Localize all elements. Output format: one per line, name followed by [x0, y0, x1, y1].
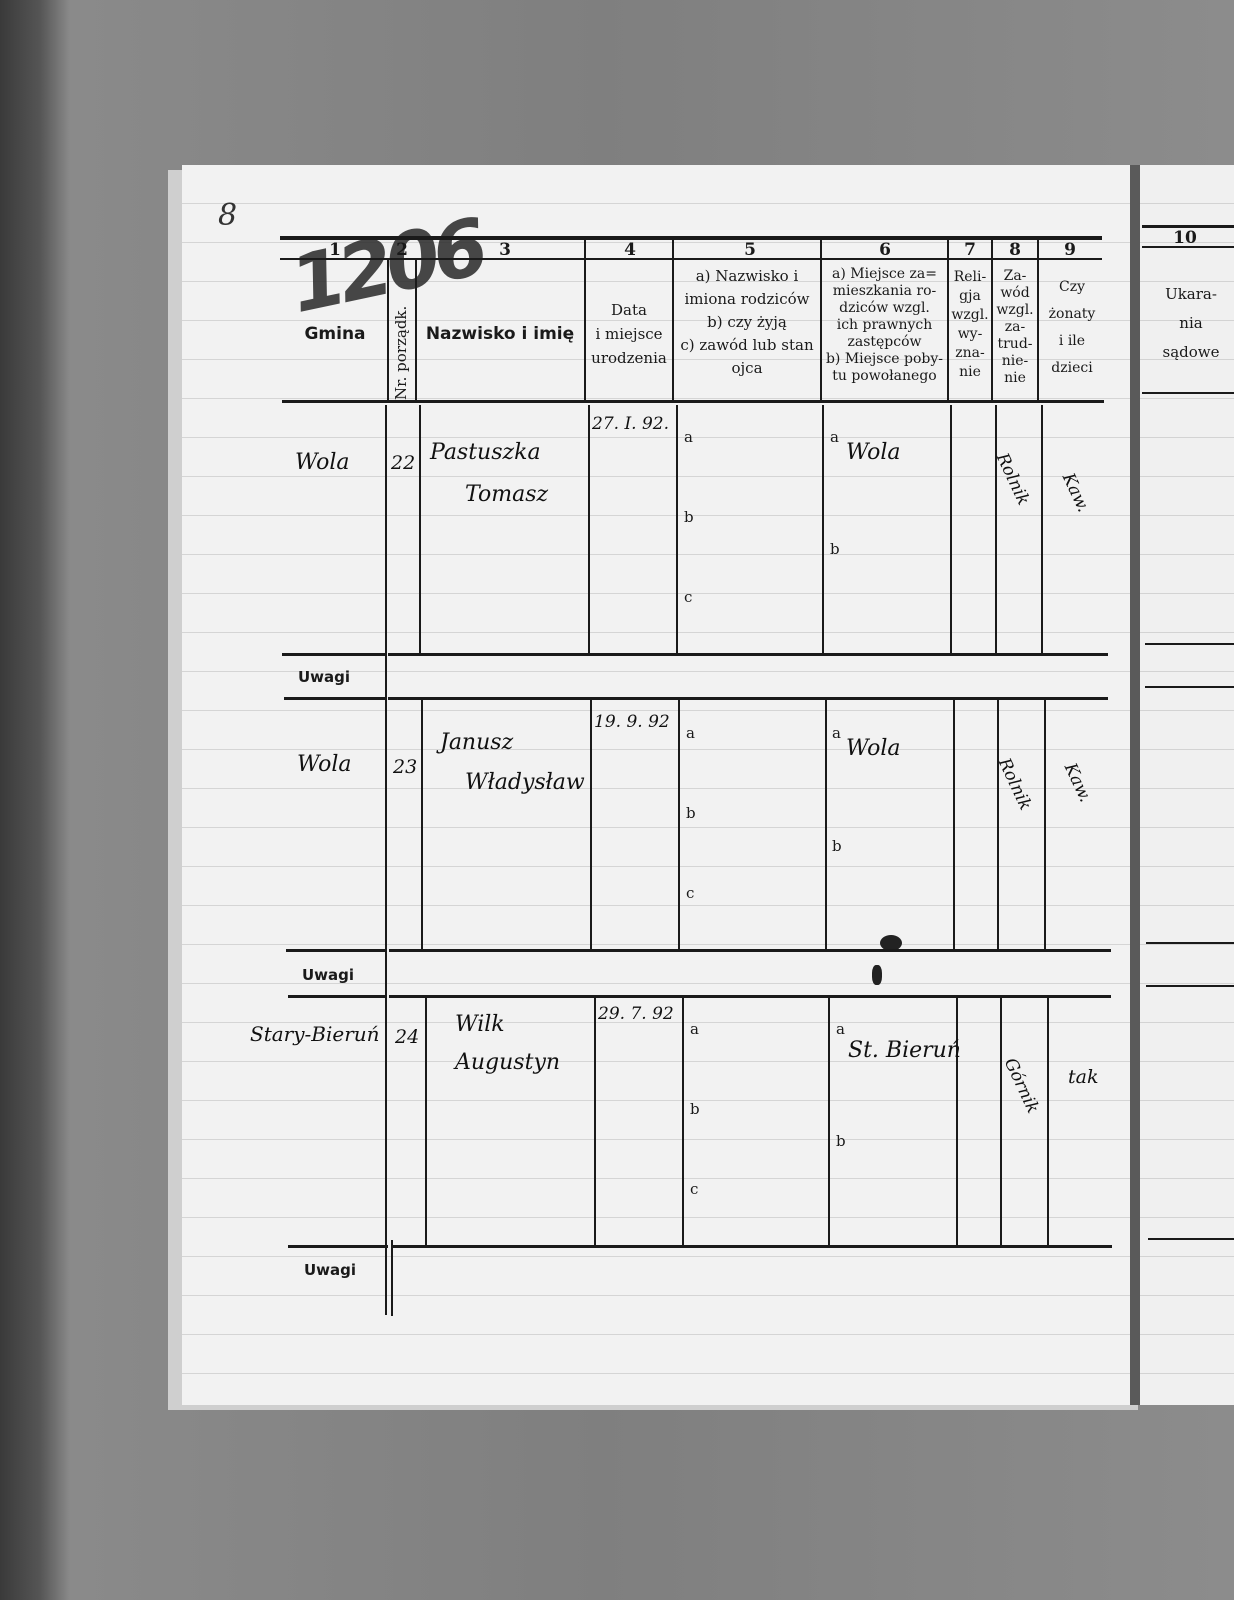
header-line: Za- — [993, 268, 1037, 285]
header-line: wy- — [949, 325, 991, 344]
uwagi-top-rule — [288, 1245, 388, 1248]
record-3-surname: Wilk — [455, 1012, 505, 1037]
record-1-gmina: Wola — [295, 450, 350, 475]
uwagi-bottom-rule — [388, 697, 1108, 700]
col-divider — [387, 258, 389, 401]
column-number-5: 5 — [735, 240, 765, 260]
record-3-label-c: c — [690, 1180, 698, 1198]
record-1-label-a: a — [684, 428, 693, 446]
header-nazwisko: Nazwisko i imię — [420, 325, 580, 344]
facing-rule — [1146, 985, 1234, 987]
record-3-married: tak — [1068, 1066, 1098, 1088]
column-number-2: 2 — [392, 240, 412, 260]
record-3-res-label-a: a — [836, 1020, 845, 1038]
facing-rule — [1148, 1238, 1234, 1240]
uwagi-bottom-rule — [389, 995, 1111, 998]
header-line: c) zawód lub stan — [674, 334, 820, 357]
header-line: ojca — [674, 357, 820, 380]
record-3-label-b: b — [690, 1100, 700, 1118]
facing-header-bottom-rule — [1142, 392, 1234, 394]
header-line: nie — [949, 363, 991, 382]
col-divider — [1044, 700, 1046, 950]
header-line: wód — [993, 285, 1037, 302]
header-line: zastępców — [822, 334, 947, 351]
col-divider — [950, 405, 952, 655]
record-3-birth-date: 29. 7. 92 — [598, 1004, 674, 1024]
col-divider — [588, 405, 590, 655]
header-parents: a) Nazwisko i imiona rodziców b) czy żyj… — [674, 265, 820, 380]
record-2-label-c: c — [686, 884, 694, 902]
col-divider — [419, 405, 421, 655]
record-2-residence: Wola — [846, 736, 901, 761]
record-1-residence: Wola — [846, 440, 901, 465]
col-divider — [825, 700, 827, 950]
header-line: wzgl. — [949, 306, 991, 325]
header-occupation: Za- wód wzgl. za- trud- nie- nie — [993, 268, 1037, 387]
col-divider — [415, 258, 417, 401]
uwagi-top-rule — [389, 949, 1111, 952]
record-1-birth-date: 27. I. 92. — [592, 414, 669, 434]
record-2-label-a: a — [686, 724, 695, 742]
uwagi-top-rule — [388, 653, 1108, 656]
header-line: za- — [993, 319, 1037, 336]
header-line: b) czy żyją — [674, 311, 820, 334]
col-divider — [676, 405, 678, 655]
header-nr: Nr. porządk. — [392, 306, 410, 400]
record-1-nr: 22 — [391, 452, 415, 474]
col-divider — [1047, 998, 1049, 1246]
header-line: dziców wzgl. — [822, 300, 947, 317]
facing-rule — [1145, 643, 1234, 645]
facing-rule — [1145, 686, 1234, 688]
record-3-uwagi-label: Uwagi — [304, 1261, 356, 1279]
record-2-label-b: b — [686, 804, 696, 822]
record-3-residence: St. Bieruń — [848, 1038, 961, 1063]
col-divider — [1041, 405, 1043, 655]
col-divider — [956, 998, 958, 1246]
record-1-res-label-b: b — [830, 540, 840, 558]
header-line: tu powołanego — [822, 368, 947, 385]
uwagi-bottom-rule — [284, 697, 386, 700]
record-3-gmina: Stary-Bieruń — [250, 1022, 380, 1046]
record-2-uwagi-label: Uwagi — [302, 966, 354, 984]
col-divider — [425, 998, 427, 1246]
header-residence: a) Miejsce za= mieszkania ro- dziców wzg… — [822, 266, 947, 385]
col-divider — [590, 700, 592, 950]
header-line: sądowe — [1148, 338, 1234, 367]
record-3-nr: 24 — [395, 1026, 419, 1048]
column-number-1: 1 — [320, 240, 350, 260]
col-divider — [953, 700, 955, 950]
header-line: nie — [993, 370, 1037, 387]
header-line: b) Miejsce poby- — [822, 351, 947, 368]
record-2-gmina: Wola — [297, 752, 352, 777]
header-data-line: i miejsce — [586, 322, 672, 346]
header-line: trud- — [993, 336, 1037, 353]
facing-rule — [1146, 942, 1234, 944]
col-divider — [1000, 998, 1002, 1246]
header-line: mieszkania ro- — [822, 283, 947, 300]
record-2-surname: Janusz — [440, 730, 513, 755]
col-divider — [421, 700, 423, 950]
record-1-uwagi-label: Uwagi — [298, 668, 350, 686]
uwagi-top-rule — [282, 653, 386, 656]
header-married: Czy żonaty i ile dzieci — [1039, 274, 1105, 382]
record-1-surname: Pastuszka — [430, 440, 541, 465]
column-number-10: 10 — [1165, 228, 1205, 248]
uwagi-divider — [391, 1240, 393, 1316]
ink-mark — [872, 965, 882, 985]
header-line: a) Miejsce za= — [822, 266, 947, 283]
header-line: zna- — [949, 344, 991, 363]
column-number-9: 9 — [1055, 240, 1085, 260]
record-3-given-name: Augustyn — [455, 1050, 560, 1075]
header-line: nie- — [993, 353, 1037, 370]
header-data-line: urodzenia — [586, 346, 672, 370]
column-number-8: 8 — [1000, 240, 1030, 260]
col-divider — [682, 998, 684, 1246]
col-divider — [822, 405, 824, 655]
record-2-nr: 23 — [393, 756, 417, 778]
col-divider — [997, 700, 999, 950]
col-divider — [828, 998, 830, 1246]
header-data: Data i miejsce urodzenia — [586, 298, 672, 370]
record-2-birth-date: 19. 9. 92 — [594, 712, 670, 732]
record-2-res-label-b: b — [832, 837, 842, 855]
header-court: Ukara- nia sądowe — [1148, 280, 1234, 367]
page-number: 8 — [218, 198, 237, 233]
uwagi-top-rule — [392, 1245, 1112, 1248]
record-3-label-a: a — [690, 1020, 699, 1038]
header-line: dzieci — [1039, 355, 1105, 382]
header-line: żonaty — [1039, 301, 1105, 328]
header-line: i ile — [1039, 328, 1105, 355]
col-divider — [594, 998, 596, 1246]
record-1-label-c: c — [684, 588, 692, 606]
nr-column-divider — [385, 405, 387, 1315]
column-number-4: 4 — [615, 240, 645, 260]
header-line: ich prawnych — [822, 317, 947, 334]
uwagi-bottom-rule — [288, 995, 386, 998]
header-religion: Reli- gja wzgl. wy- zna- nie — [949, 268, 991, 382]
record-2-given-name: Władysław — [465, 770, 585, 795]
header-data-line: Data — [586, 298, 672, 322]
header-line: Czy — [1039, 274, 1105, 301]
header-line: Reli- — [949, 268, 991, 287]
header-line: nia — [1148, 309, 1234, 338]
column-number-3: 3 — [490, 240, 520, 260]
record-2-res-label-a: a — [832, 724, 841, 742]
header-line: imiona rodziców — [674, 288, 820, 311]
header-line: a) Nazwisko i — [674, 265, 820, 288]
record-1-given-name: Tomasz — [465, 482, 548, 507]
header-line: gja — [949, 287, 991, 306]
header-line: Ukara- — [1148, 280, 1234, 309]
record-3-res-label-b: b — [836, 1132, 846, 1150]
column-number-6: 6 — [870, 240, 900, 260]
col-divider — [678, 700, 680, 950]
col-divider — [995, 405, 997, 655]
header-bottom-rule — [282, 400, 1104, 403]
header-line: wzgl. — [993, 302, 1037, 319]
record-1-res-label-a: a — [830, 428, 839, 446]
uwagi-top-rule — [286, 949, 386, 952]
header-gmina: Gmina — [290, 325, 380, 344]
record-1-label-b: b — [684, 508, 694, 526]
column-number-7: 7 — [955, 240, 985, 260]
